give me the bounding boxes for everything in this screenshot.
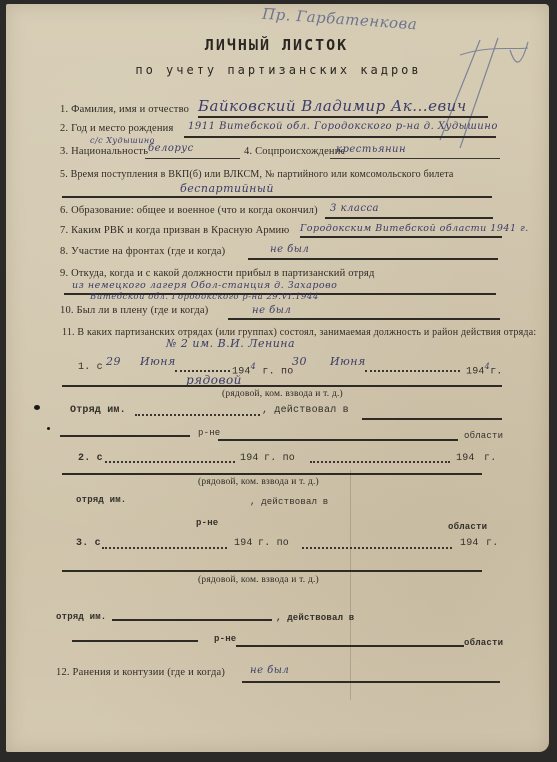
field-12-value: не был	[250, 665, 289, 676]
field-12-label: 12. Ранения и контузии (где и когда)	[56, 667, 225, 678]
period-3-from-unit: г. по	[258, 538, 289, 549]
period-2-to-dots	[310, 461, 450, 463]
period-1-prefix: 1. с	[78, 362, 103, 373]
detachment-3-operated: , действовал в	[276, 613, 354, 623]
detachment-3-region-label: области	[464, 638, 503, 648]
field-4-label: 4. Соцпроисхождение	[244, 146, 345, 157]
field-9-value-cont: Витебской обл. Городокского р-на 29.VI.1…	[90, 292, 319, 302]
detachment-2-operated: , действовал в	[250, 497, 328, 507]
period-1-line	[62, 385, 502, 387]
detachment-3-district-line	[236, 645, 464, 647]
field-8-value: не был	[270, 244, 309, 255]
field-2-value: 1911 Витебской обл. Городокского р-на д.…	[188, 121, 498, 132]
period-3-year-from: 194	[234, 538, 253, 549]
field-9-label: 9. Откуда, когда и с какой должности при…	[60, 268, 375, 279]
field-8-label: 8. Участие на фронтах (где и когда)	[60, 246, 225, 257]
period-2-year-to: 194	[456, 453, 475, 464]
field-1-value: Байковский Владимир Ак...евич	[198, 97, 467, 115]
detachment-1-district-label: р-не	[198, 428, 220, 438]
period-1-to-day: 30	[292, 355, 307, 368]
field-6-value: 3 класса	[330, 203, 379, 214]
document-subtitle: по учету партизанских кадров	[0, 63, 557, 77]
field-2-line	[184, 136, 496, 138]
period-3-from-dots	[102, 547, 227, 549]
period-1-from-day: 29	[106, 355, 121, 368]
period-2-year-from: 194	[240, 453, 259, 464]
detachment-1-region-label: области	[464, 431, 503, 441]
field-7-line	[300, 236, 502, 238]
field-5-label: 5. Время поступления в ВКП(б) или ВЛКСМ,…	[60, 169, 454, 180]
detachment-1-operated-line	[362, 418, 502, 420]
period-1-to-dots	[365, 370, 460, 372]
detachment-2-region-label: области	[448, 522, 487, 532]
detachment-1-label: Отряд им.	[70, 405, 126, 416]
detachment-1-dots	[135, 414, 260, 416]
field-6-line	[325, 217, 493, 219]
period-3-to-dots	[302, 547, 452, 549]
field-2-label: 2. Год и место рождения	[60, 123, 174, 134]
field-6-label: 6. Образование: общее и военное (что и к…	[60, 205, 318, 216]
year-prefix: 194	[466, 366, 485, 377]
detachment-1-district-line	[218, 439, 458, 441]
detachment-2-label: отряд им.	[76, 495, 126, 505]
detachment-3-district-label: р-не	[214, 634, 236, 644]
period-1-from-dots	[175, 370, 230, 372]
period-2-from-unit: г. по	[264, 453, 295, 464]
detachment-3-line	[112, 619, 272, 621]
period-2-prefix: 2. с	[78, 453, 103, 464]
year-unit: г.	[490, 366, 502, 377]
field-1-label: 1. Фамилия, имя и отчество	[60, 104, 189, 115]
period-2-position-hint: (рядовой, ком. взвода и т. д.)	[198, 477, 319, 487]
detachment-3-label: отряд им.	[56, 612, 106, 622]
ink-spot	[47, 427, 50, 430]
field-10-label: 10. Был ли в плену (где и когда)	[60, 305, 208, 316]
field-11-value: № 2 им. В.И. Ленина	[166, 337, 295, 350]
period-2-to-unit: г.	[484, 453, 496, 464]
field-4-line	[330, 158, 500, 159]
field-5-line	[62, 196, 492, 198]
field-3-line	[145, 158, 240, 159]
ink-spot	[34, 405, 40, 410]
field-7-value: Городокским Витебской области 1941 г.	[300, 223, 529, 234]
period-1-to-year: 1944г.	[466, 362, 503, 377]
period-1-from-month: Июня	[140, 355, 176, 368]
period-3-prefix: 3. с	[76, 538, 101, 549]
period-3-position-hint: (рядовой, ком. взвода и т. д.)	[198, 575, 319, 585]
period-3-to-unit: г.	[486, 538, 498, 549]
period-1-to-month: Июня	[330, 355, 366, 368]
field-5-value: беспартийный	[180, 182, 274, 195]
field-7-label: 7. Каким РВК и когда призван в Красную А…	[60, 225, 289, 236]
field-4-value: крестьянин	[336, 144, 406, 155]
field-8-line	[248, 258, 498, 260]
period-1-position-hint: (рядовой, ком. взвода и т. д.)	[222, 389, 343, 399]
field-3-value: белорус	[148, 143, 194, 154]
field-11-label: 11. В каких партизанских отрядах (или гр…	[62, 327, 536, 338]
year-suffix: 4	[251, 362, 257, 371]
field-10-value: не был	[252, 305, 291, 316]
fold-crease	[350, 470, 351, 700]
field-10-line	[228, 318, 500, 320]
field-12-line	[242, 681, 500, 683]
year-unit: г. по	[262, 366, 293, 377]
period-2-line	[62, 473, 482, 475]
period-2-from-dots	[105, 461, 235, 463]
field-9-value: из немецкого лагеря Обол-станция д. Заха…	[72, 280, 337, 291]
detachment-2-district-label: р-не	[196, 518, 218, 528]
period-3-line	[62, 570, 482, 572]
period-3-year-to: 194	[460, 538, 479, 549]
detachment-3-district-pre-line	[72, 640, 198, 642]
document-title: ЛИЧНЫЙ ЛИСТОК	[0, 36, 555, 54]
field-3-label: 3. Национальность	[60, 146, 148, 157]
field-2-value-cont: с/с Худышино	[90, 136, 155, 145]
field-1-line	[198, 116, 488, 118]
detachment-1-district-pre-line	[60, 435, 190, 437]
detachment-1-operated: , действовал в	[262, 405, 349, 416]
